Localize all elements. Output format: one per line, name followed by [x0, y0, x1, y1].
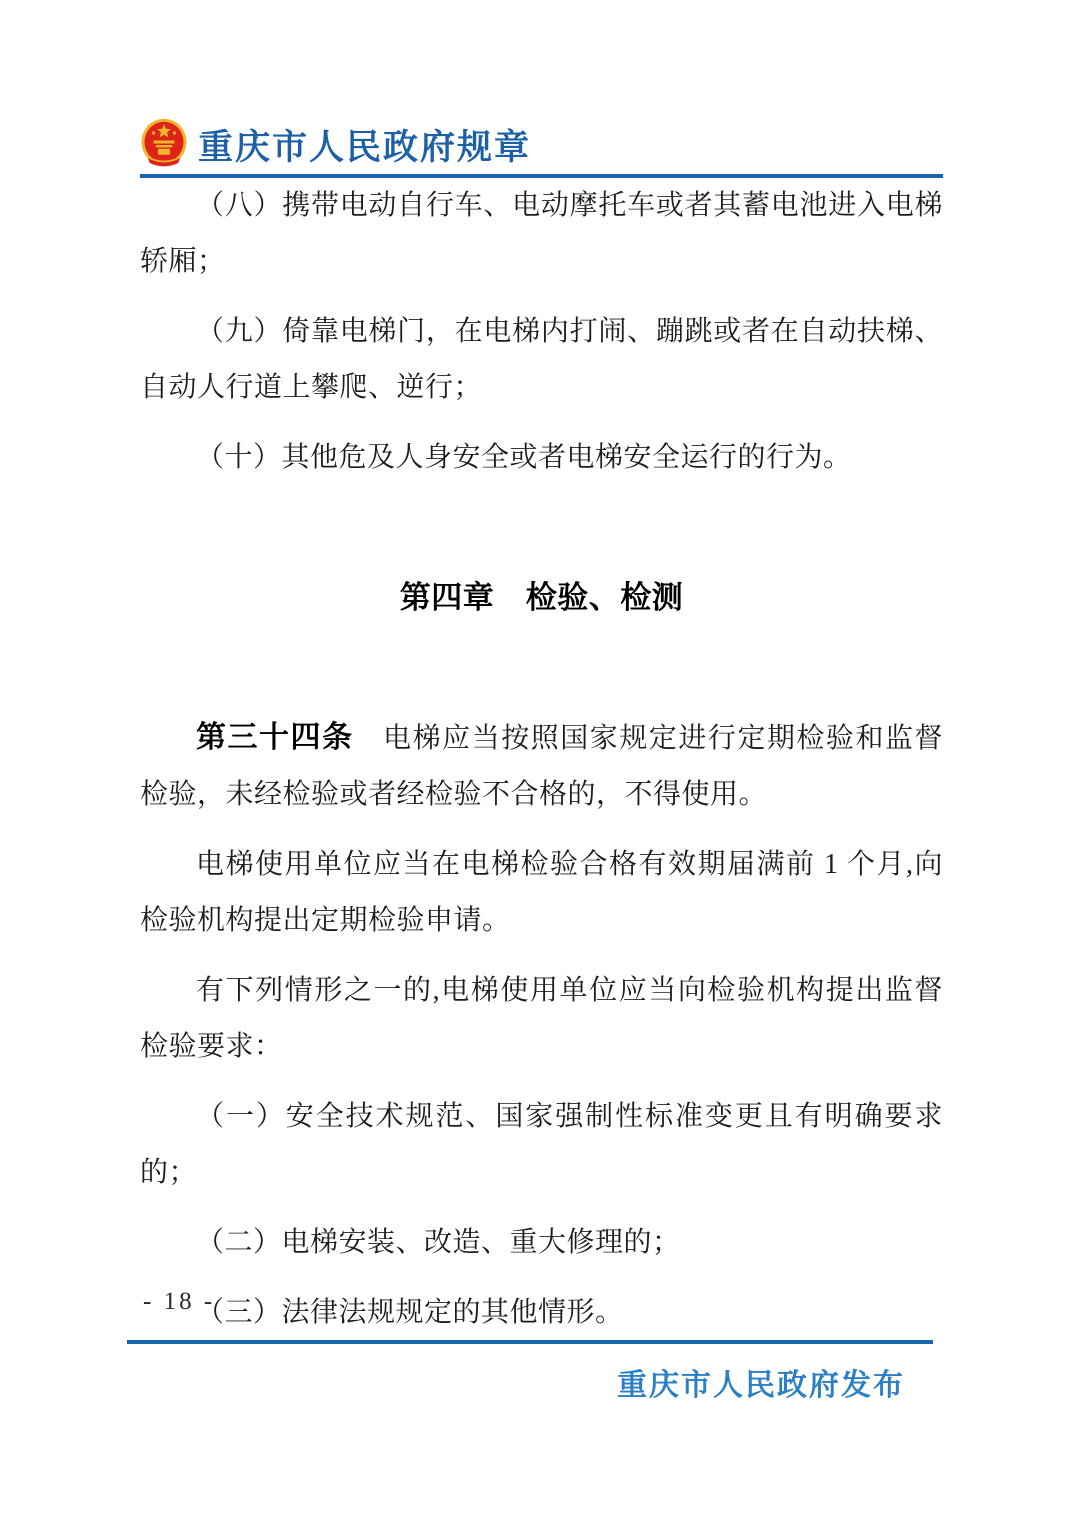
publisher-label: 重庆市人民政府发布 — [617, 1360, 905, 1404]
article-number: 第三十四条 — [196, 721, 354, 754]
paragraph: （一）安全技术规范、国家强制性标准变更且有明确要求的； — [140, 1089, 943, 1201]
header-title: 重庆市人民政府规章 — [198, 120, 531, 170]
footer-divider — [127, 1340, 933, 1344]
paragraph: （九）倚靠电梯门，在电梯内打闹、蹦跳或者在自动扶梯、自动人行道上攀爬、逆行； — [140, 304, 943, 416]
page-number: - 18 - — [143, 1288, 215, 1316]
paragraph: 第三十四条 电梯应当按照国家规定进行定期检验和监督检验，未经检验或者经检验不合格… — [140, 710, 943, 823]
chapter-heading: 第四章 检验、检测 — [140, 570, 943, 626]
paragraph: （三）法律法规规定的其他情形。 — [140, 1285, 943, 1341]
paragraph: 电梯使用单位应当在电梯检验合格有效期届满前 1 个月,向检验机构提出定期检验申请… — [140, 837, 943, 949]
paragraph: （二）电梯安装、改造、重大修理的； — [140, 1215, 943, 1271]
paragraph: 有下列情形之一的,电梯使用单位应当向检验机构提出监督检验要求： — [140, 963, 943, 1075]
document-body: （八）携带电动自行车、电动摩托车或者其蓄电池进入电梯轿厢；（九）倚靠电梯门，在电… — [140, 178, 943, 1355]
paragraph: （十）其他危及人身安全或者电梯安全运行的行为。 — [140, 430, 943, 486]
paragraph: （八）携带电动自行车、电动摩托车或者其蓄电池进入电梯轿厢； — [140, 178, 943, 290]
national-emblem-icon — [140, 118, 188, 172]
page-header: 重庆市人民政府规章 — [140, 116, 531, 174]
